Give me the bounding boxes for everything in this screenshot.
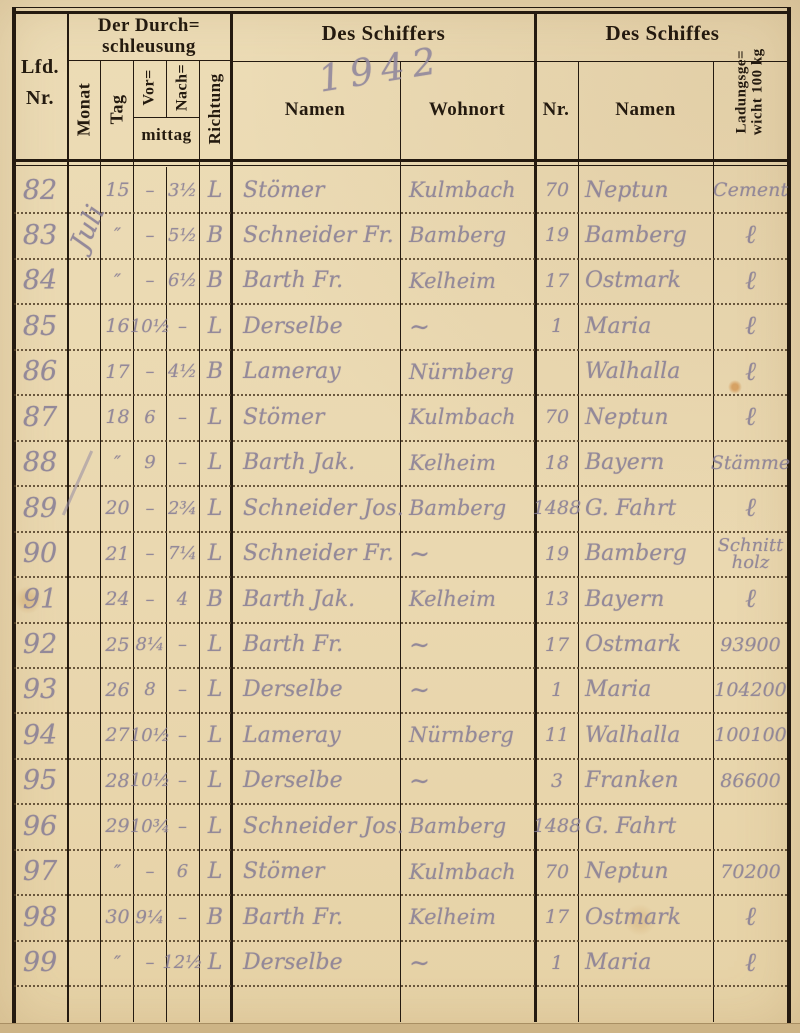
cell-nach: – — [166, 712, 199, 758]
table-row: 97″–6LStömerKulmbach70Neptun70200 — [0, 849, 800, 894]
col-header-schiffer-namen: Namen — [230, 100, 400, 120]
table-row: 84″–6½BBarth Fr.Kelheim17Ostmarkℓ — [0, 258, 800, 303]
cell-schiff: Ostmark — [579, 894, 720, 940]
ladungsgewicht-line2: wicht 100 kg — [750, 17, 766, 167]
cell-tag: 20 — [101, 485, 134, 531]
cell-nr: 1 — [535, 940, 579, 986]
group-header-schiffers: Des Schiffers — [230, 22, 537, 44]
cell-nr: 19 — [535, 531, 579, 577]
cell-schiffer: Lameray — [233, 349, 409, 395]
cell-nach: – — [166, 758, 199, 804]
cell-ladung: ℓ — [714, 576, 787, 622]
cell-lfd: 96 — [16, 803, 64, 849]
cell-schiff: Maria — [579, 940, 720, 986]
cell-ladung: ℓ — [714, 258, 787, 304]
cell-ladung: 70200 — [714, 849, 787, 895]
cell-ladung: ℓ — [714, 940, 787, 986]
cell-schiffer: Barth Fr. — [233, 622, 409, 668]
cell-lfd: 87 — [16, 394, 64, 440]
cell-schiffer: Schneider Jos. — [233, 485, 409, 531]
cell-nr: 18 — [535, 440, 579, 486]
cell-tag: 17 — [101, 349, 134, 395]
cell-vor: 8¼ — [134, 622, 166, 668]
cell-nr: 19 — [535, 212, 579, 258]
cell-schiffer: Derselbe — [233, 758, 409, 804]
cell-schiffer: Derselbe — [233, 940, 409, 986]
col-header-lfd-line2: Nr. — [13, 88, 67, 109]
cell-wohnort: Bamberg — [401, 803, 542, 849]
cell-schiffer: Lameray — [233, 712, 409, 758]
cell-wohnort: Kelheim — [401, 576, 542, 622]
cell-nr: 70 — [535, 394, 579, 440]
cell-tag: ″ — [101, 849, 134, 895]
cell-tag: 24 — [101, 576, 134, 622]
table-row: 851610½–LDerselbe∼1Mariaℓ — [0, 303, 800, 348]
cell-schiffer: Barth Fr. — [233, 258, 409, 304]
cell-ladung: 86600 — [714, 758, 787, 804]
cell-tag: 15 — [101, 167, 134, 213]
table-border-top-thin — [12, 7, 791, 8]
cell-richtung: L — [199, 940, 231, 986]
table-row: 962910¾–LSchneider Jos.Bamberg1488G. Fah… — [0, 803, 800, 848]
table-row: 93268–LDerselbe∼1Maria104200 — [0, 667, 800, 712]
cell-lfd: 97 — [16, 849, 64, 895]
cell-nach: 5½ — [166, 212, 199, 258]
table-row: 88″9–LBarth Jak.Kelheim18BayernStämme — [0, 440, 800, 485]
cell-richtung: L — [199, 667, 231, 713]
cell-tag: 26 — [101, 667, 134, 713]
cell-vor: 6 — [134, 394, 166, 440]
cell-schiffer: Derselbe — [233, 303, 409, 349]
cell-vor: 10¾ — [134, 803, 166, 849]
cell-nach: – — [166, 303, 199, 349]
header-bottom-thick — [12, 159, 791, 162]
cell-nach: 12½ — [166, 940, 199, 986]
cell-schiff: Bamberg — [579, 212, 720, 258]
col-header-schiff-namen: Namen — [578, 100, 713, 120]
cell-richtung: L — [199, 622, 231, 668]
cell-vor: 8 — [134, 667, 166, 713]
cell-lfd: 92 — [16, 622, 64, 668]
cell-richtung: L — [199, 758, 231, 804]
cell-schiffer: Schneider Fr. — [233, 212, 409, 258]
table-row: 87186–LStömerKulmbach70Neptunℓ — [0, 394, 800, 439]
cell-nach: 2¾ — [166, 485, 199, 531]
cell-nr: 1488 — [535, 485, 579, 531]
col-header-wohnort: Wohnort — [400, 100, 534, 120]
cell-nr: 1 — [535, 667, 579, 713]
cell-vor: – — [134, 167, 166, 213]
table-row: 8215–3½LStömerKulmbach70NeptunCement — [0, 167, 800, 212]
cell-nr: 13 — [535, 576, 579, 622]
cell-nr: 11 — [535, 712, 579, 758]
header-bottom-thin — [12, 165, 791, 166]
cell-lfd: 98 — [16, 894, 64, 940]
cell-ladung: 104200 — [714, 667, 787, 713]
cell-schiff: Neptun — [579, 167, 720, 213]
table-row: 92258¼–LBarth Fr.∼17Ostmark93900 — [0, 622, 800, 667]
cell-schiff: Maria — [579, 303, 720, 349]
cell-wohnort: Kulmbach — [401, 167, 542, 213]
cell-wohnort: Nürnberg — [401, 349, 542, 395]
cell-schiffer: Stömer — [233, 167, 409, 213]
cell-ladung: ℓ — [714, 349, 787, 395]
cell-schiff: Walhalla — [579, 349, 720, 395]
cell-nach: 3½ — [166, 167, 199, 213]
cell-nr: 17 — [535, 258, 579, 304]
cell-schiff: G. Fahrt — [579, 803, 720, 849]
col-header-tag: Tag — [108, 64, 127, 154]
cell-lfd: 94 — [16, 712, 64, 758]
cell-richtung: L — [199, 440, 231, 486]
cell-ladung: 93900 — [714, 622, 787, 668]
cell-lfd: 83 — [16, 212, 64, 258]
col-header-mittag: mittag — [133, 126, 200, 144]
cell-nr: 70 — [535, 849, 579, 895]
cell-wohnort: ∼ — [401, 303, 542, 349]
cell-nr: 1 — [535, 303, 579, 349]
cell-wohnort: ∼ — [401, 758, 542, 804]
cell-ladung: Stämme — [714, 440, 787, 486]
cell-lfd: 88 — [16, 440, 64, 486]
table-row: 9124–4BBarth Jak.Kelheim13Bayernℓ — [0, 576, 800, 621]
cell-ladung: Cement — [714, 167, 787, 213]
cell-wohnort: ∼ — [401, 531, 542, 577]
cell-richtung: B — [199, 576, 231, 622]
cell-vor: – — [134, 212, 166, 258]
cell-schiffer: Derselbe — [233, 667, 409, 713]
cell-lfd: 90 — [16, 531, 64, 577]
cell-lfd: 84 — [16, 258, 64, 304]
cell-schiff: G. Fahrt — [579, 485, 720, 531]
col-header-schiff-nr: Nr. — [534, 100, 578, 120]
cell-schiff: Bayern — [579, 440, 720, 486]
cell-lfd: 86 — [16, 349, 64, 395]
cell-wohnort: Nürnberg — [401, 712, 542, 758]
cell-ladung: ℓ — [714, 212, 787, 258]
cell-wohnort: Kelheim — [401, 894, 542, 940]
cell-richtung: B — [199, 894, 231, 940]
cell-richtung: L — [199, 303, 231, 349]
cell-tag: 18 — [101, 394, 134, 440]
cell-nach: 6 — [166, 849, 199, 895]
cell-nr — [535, 349, 579, 395]
table-row: 942710½–LLamerayNürnberg11Walhalla100100 — [0, 712, 800, 757]
cell-ladung: ℓ — [714, 894, 787, 940]
cell-tag: ″ — [101, 940, 134, 986]
cell-vor: 10½ — [134, 758, 166, 804]
cell-schiffer: Barth Jak. — [233, 576, 409, 622]
cell-vor: – — [134, 349, 166, 395]
cell-schiff: Bayern — [579, 576, 720, 622]
cell-nach: – — [166, 394, 199, 440]
cell-nr: 70 — [535, 167, 579, 213]
cell-nach: 4 — [166, 576, 199, 622]
cell-nr: 17 — [535, 622, 579, 668]
cell-lfd: 89 — [16, 485, 64, 531]
cell-vor: 9 — [134, 440, 166, 486]
cell-wohnort: Kulmbach — [401, 849, 542, 895]
cell-richtung: B — [199, 258, 231, 304]
table-row: 9021–7¼LSchneider Fr.∼19BambergSchnittho… — [0, 531, 800, 576]
cell-schiff: Walhalla — [579, 712, 720, 758]
cell-vor: 10½ — [134, 712, 166, 758]
cell-richtung: L — [199, 849, 231, 895]
cell-schiff: Neptun — [579, 849, 720, 895]
cell-nach: – — [166, 622, 199, 668]
cell-wohnort: Kelheim — [401, 258, 542, 304]
cell-vor: 9¼ — [134, 894, 166, 940]
cell-nach: 4½ — [166, 349, 199, 395]
cell-richtung: L — [199, 485, 231, 531]
cell-schiff: Franken — [579, 758, 720, 804]
cell-ladung — [714, 803, 787, 849]
cell-nr: 1488 — [535, 803, 579, 849]
ladungsgewicht-line1: Ladungsge= — [734, 17, 750, 167]
cell-vor: – — [134, 576, 166, 622]
col-header-vormittag: Vor= — [142, 57, 159, 117]
cell-nach: 6½ — [166, 258, 199, 304]
cell-vor: – — [134, 485, 166, 531]
cell-schiff: Ostmark — [579, 622, 720, 668]
cell-wohnort: Bamberg — [401, 212, 542, 258]
group-header-durchschleusung-line1: Der Durch= — [67, 16, 231, 36]
cell-schiffer: Schneider Jos. — [233, 803, 409, 849]
table-border-top-thick — [12, 11, 791, 14]
cell-nr: 3 — [535, 758, 579, 804]
cell-schiff: Bamberg — [579, 531, 720, 577]
col-header-ladungsgewicht: Ladungsge= wicht 100 kg — [734, 17, 766, 167]
cell-schiff: Neptun — [579, 394, 720, 440]
cell-richtung: L — [199, 167, 231, 213]
cell-wohnort: Bamberg — [401, 485, 542, 531]
cell-nach: – — [166, 894, 199, 940]
cell-nach: – — [166, 440, 199, 486]
cell-richtung: B — [199, 212, 231, 258]
col-header-lfd-line1: Lfd. — [13, 57, 67, 78]
cell-tag: ″ — [101, 440, 134, 486]
col-header-monat: Monat — [75, 64, 94, 154]
cell-nach: – — [166, 667, 199, 713]
cell-schiffer: Stömer — [233, 394, 409, 440]
rule-vor-nach-header — [166, 61, 167, 118]
cell-vor: – — [134, 258, 166, 304]
cell-lfd: 91 — [16, 576, 64, 622]
cell-wohnort: ∼ — [401, 622, 542, 668]
cell-schiffer: Barth Jak. — [233, 440, 409, 486]
table-row: 8920–2¾LSchneider Jos.Bamberg1488G. Fahr… — [0, 485, 800, 530]
cell-ladung: ℓ — [714, 485, 787, 531]
col-header-richtung: Richtung — [206, 59, 224, 159]
cell-tag: 30 — [101, 894, 134, 940]
table-row: 952810½–LDerselbe∼3Franken86600 — [0, 758, 800, 803]
cell-vor: – — [134, 531, 166, 577]
cell-schiffer: Schneider Fr. — [233, 531, 409, 577]
cell-ladung: 100100 — [714, 712, 787, 758]
cell-richtung: L — [199, 531, 231, 577]
table-row: 99″–12½LDerselbe∼1Mariaℓ — [0, 940, 800, 985]
cell-lfd: 95 — [16, 758, 64, 804]
cell-schiff: Maria — [579, 667, 720, 713]
cell-richtung: L — [199, 803, 231, 849]
cell-wohnort: Kelheim — [401, 440, 542, 486]
cell-lfd: 82 — [16, 167, 64, 213]
cell-ladung: ℓ — [714, 394, 787, 440]
cell-nach: 7¼ — [166, 531, 199, 577]
cell-richtung: L — [199, 394, 231, 440]
cell-richtung: L — [199, 712, 231, 758]
cell-tag: 21 — [101, 531, 134, 577]
group-header-durchschleusung-line2: schleusung — [67, 37, 231, 57]
cell-vor: – — [134, 849, 166, 895]
table-row: 83″–5½BSchneider Fr.Bamberg19Bambergℓ — [0, 212, 800, 257]
cell-ladung: ℓ — [714, 303, 787, 349]
cell-nach: – — [166, 803, 199, 849]
cell-richtung: B — [199, 349, 231, 395]
col-header-nachmittag: Nach= — [175, 57, 192, 117]
cell-lfd: 93 — [16, 667, 64, 713]
cell-tag: ″ — [101, 212, 134, 258]
cell-vor: 10½ — [134, 303, 166, 349]
cell-schiffer: Barth Fr. — [233, 894, 409, 940]
cell-wohnort: ∼ — [401, 667, 542, 713]
page-bottom-edge — [0, 1023, 800, 1033]
cell-schiffer: Stömer — [233, 849, 409, 895]
cell-wohnort: Kulmbach — [401, 394, 542, 440]
cell-ladung: Schnittholz — [714, 531, 787, 577]
table-row: 98309¼–BBarth Fr.Kelheim17Ostmarkℓ — [0, 894, 800, 939]
cell-lfd: 99 — [16, 940, 64, 986]
cell-nr: 17 — [535, 894, 579, 940]
cell-tag: ″ — [101, 258, 134, 304]
cell-schiff: Ostmark — [579, 258, 720, 304]
cell-wohnort: ∼ — [401, 940, 542, 986]
table-row: 8617–4½BLamerayNürnbergWalhallaℓ — [0, 349, 800, 394]
cell-lfd: 85 — [16, 303, 64, 349]
cell-tag: 25 — [101, 622, 134, 668]
